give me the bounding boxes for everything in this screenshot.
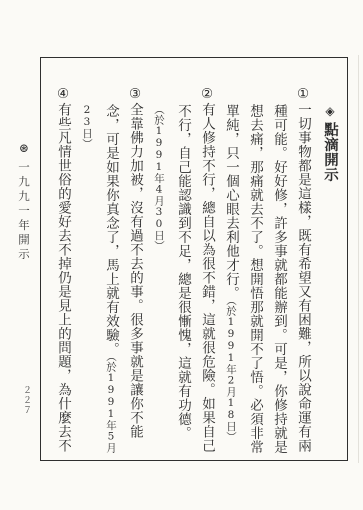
content-area: ◈點滴開示 ①一切事物都是這樣，既有希望又有困難，所以說命運有兩種可能。好好修，… xyxy=(39,58,347,462)
item-number: ③ xyxy=(127,86,143,103)
item-text: 有些凡情世俗的愛好去不掉仍是見上的問題，為什麼去不 xyxy=(55,103,71,453)
teaching-item-4: ④有些凡情世俗的愛好去不掉仍是見上的問題，為什麼去不 xyxy=(51,86,75,455)
edition-label: 一九九一年開示 xyxy=(17,161,31,263)
teaching-item-2: ②有人修持不行，總自以為很不錯，這就很危險。如果自己不行，自己能認識到不足，總是… xyxy=(147,86,219,455)
item-date: （於1991年4月30日） xyxy=(153,104,165,251)
item-number: ① xyxy=(295,86,311,103)
section-header: ◈點滴開示 xyxy=(318,86,342,455)
item-number: ④ xyxy=(55,86,71,103)
item-text: 有人修持不行，總自以為很不錯，這就很危險。如果自己不行，自己能認識到不足，總是很… xyxy=(175,103,215,453)
margin-edition-strip: ⊛一九九一年開示 xyxy=(16,141,32,263)
book-page: ◈點滴開示 ①一切事物都是這樣，既有希望又有困難，所以說命運有兩種可能。好好修，… xyxy=(0,0,363,510)
item-date: （於1991年2月18日） xyxy=(225,300,237,442)
item-number: ② xyxy=(199,86,215,103)
section-title: 點滴開示 xyxy=(322,122,339,182)
page-number: ２２７ xyxy=(20,385,33,415)
teaching-item-1: ①一切事物都是這樣，既有希望又有困難，所以說命運有兩種可能。好好修，許多事就都能… xyxy=(219,86,315,455)
text-frame-border: ◈點滴開示 ①一切事物都是這樣，既有希望又有困難，所以說命運有兩種可能。好好修，… xyxy=(40,57,348,461)
teaching-item-3: ③全靠佛力加被，沒有過不去的事。很多事就是讓你不能念，可是如果你真念了，馬上就有… xyxy=(75,86,147,455)
flower-seal-icon: ⊛ xyxy=(17,141,31,161)
diamond-ornament-icon: ◈ xyxy=(323,104,337,122)
